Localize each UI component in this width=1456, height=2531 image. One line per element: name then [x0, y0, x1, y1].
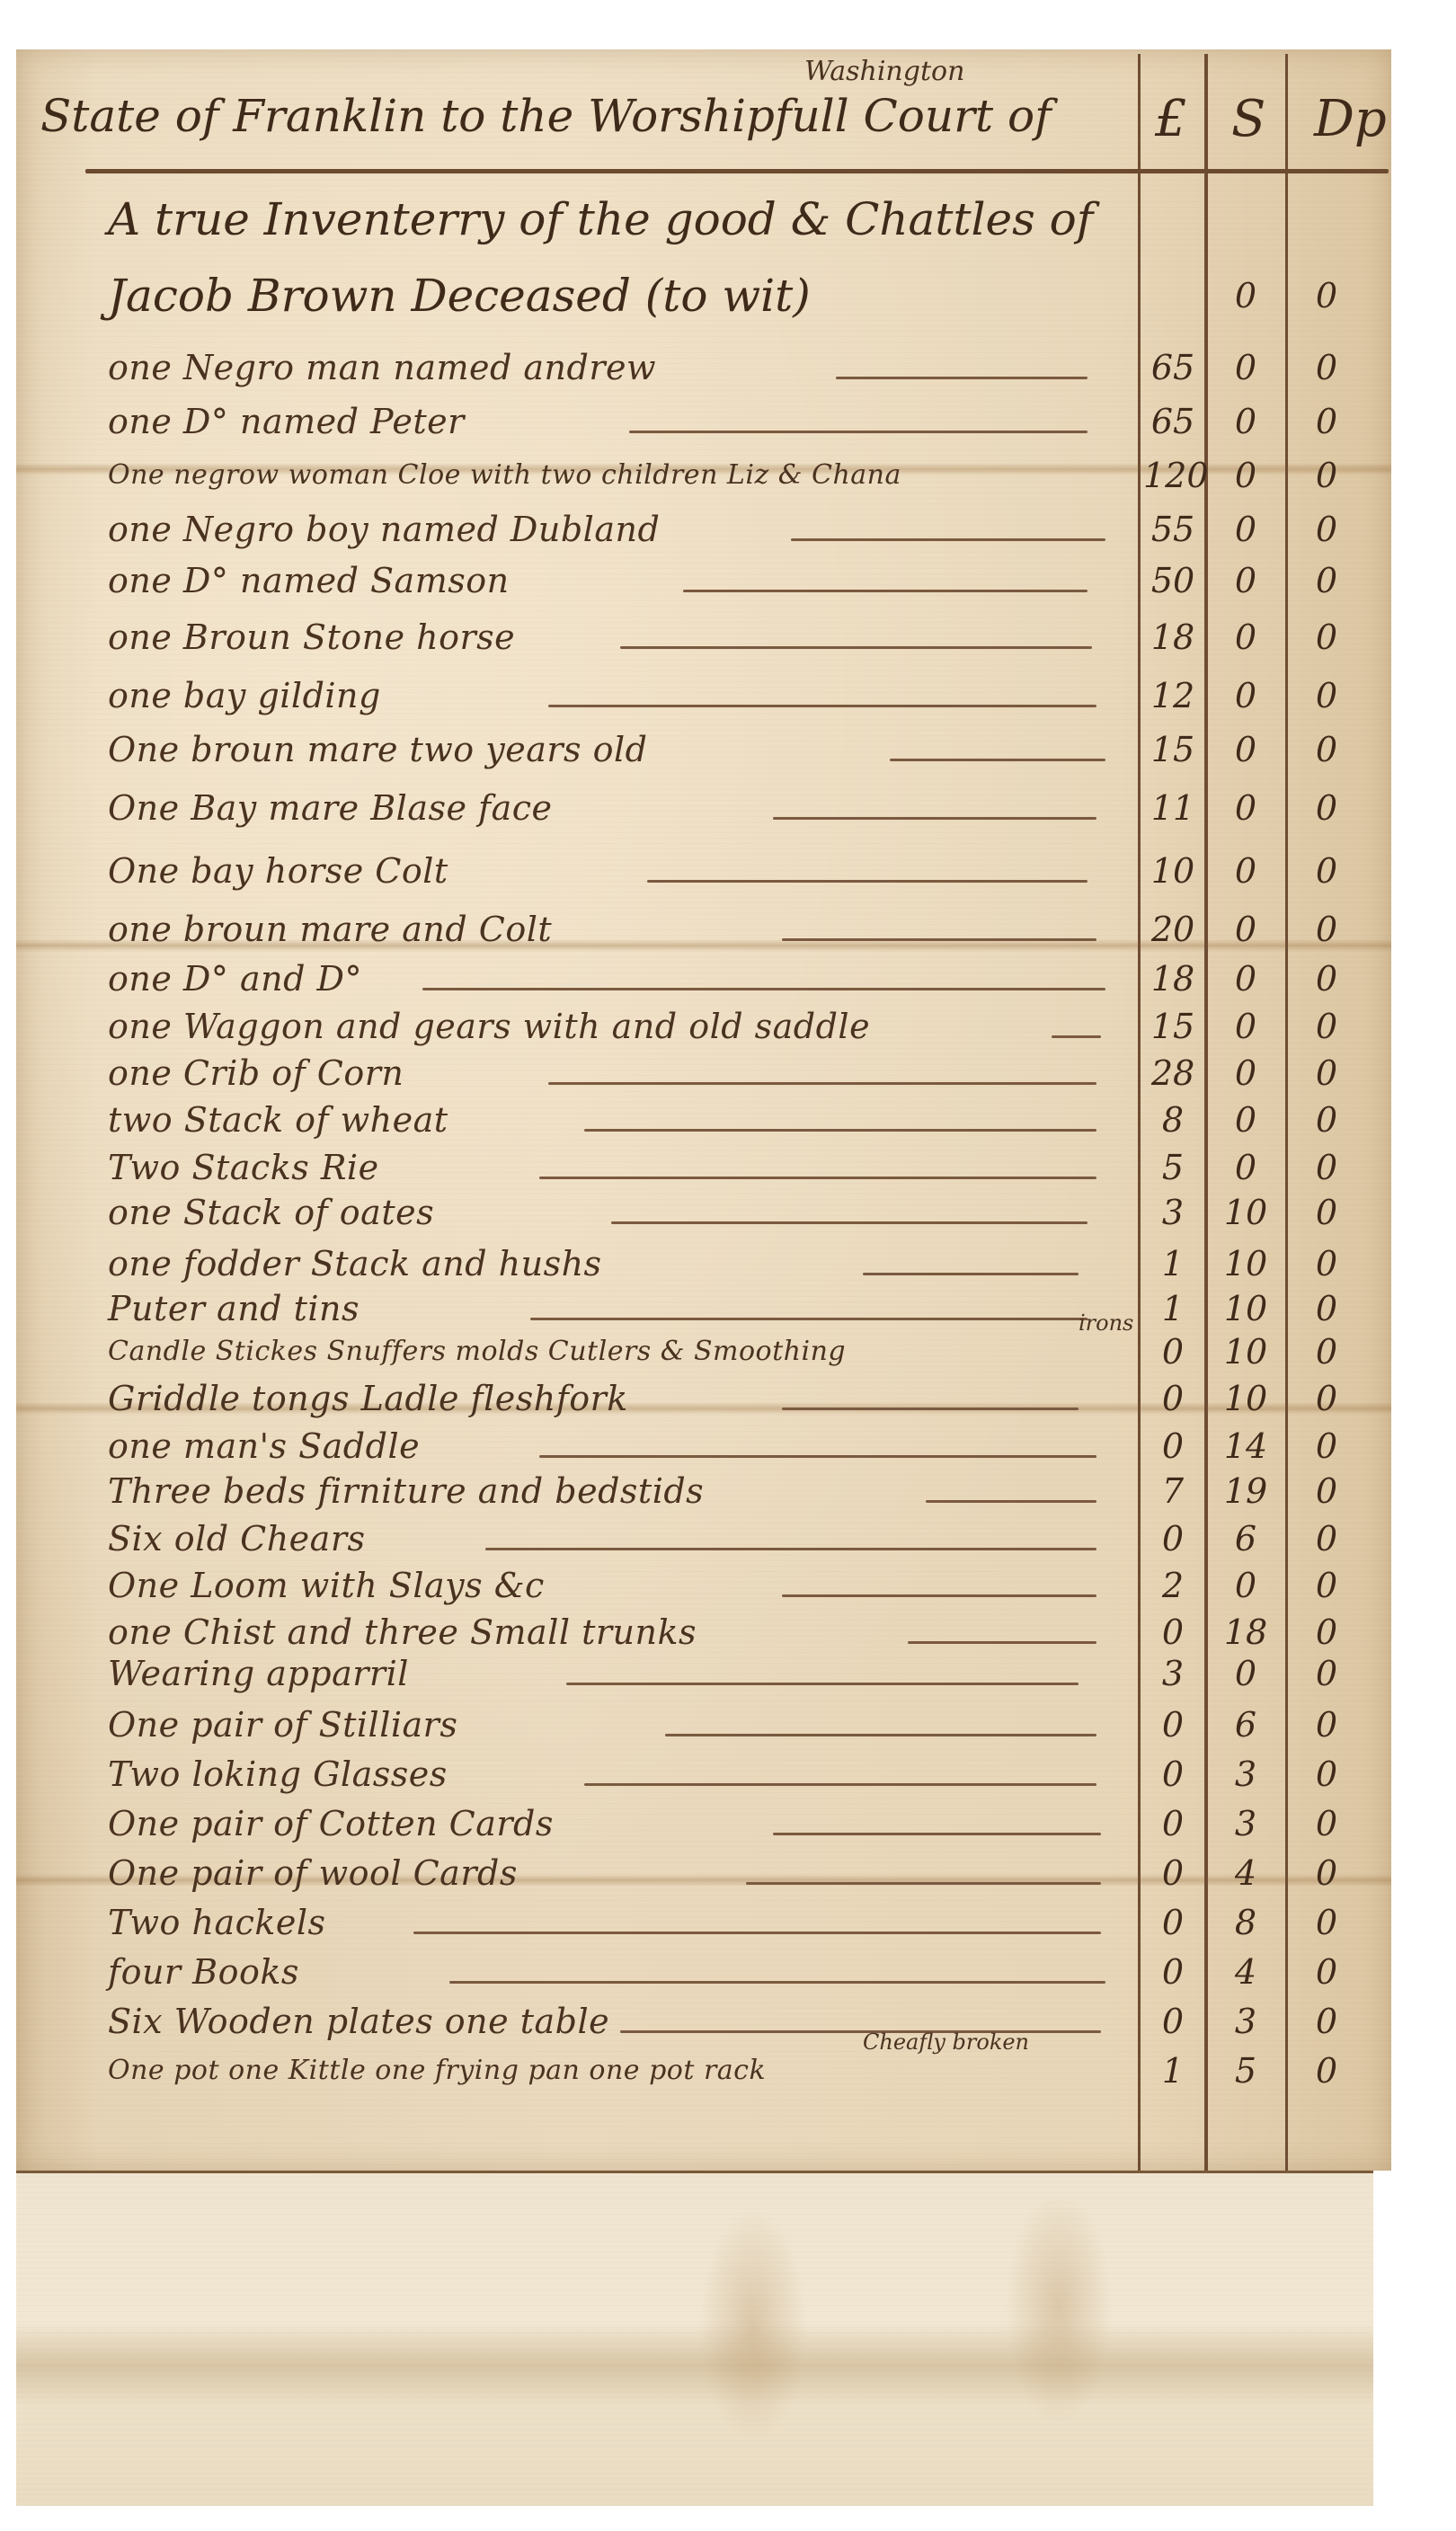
pounds-value: 0: [1143, 1517, 1203, 1560]
title-insertion: Washington: [804, 56, 964, 87]
pence-value: 0: [1291, 1470, 1363, 1513]
pence-value: 0: [1291, 908, 1363, 951]
pence-value: 0: [1291, 674, 1363, 717]
item-description: one D° and D°: [108, 957, 362, 1000]
inventory-row: Two hackels080: [0, 1901, 1456, 1944]
pence-value: 0: [1291, 1146, 1363, 1189]
inventory-row: one man's Saddle0140: [0, 1425, 1456, 1468]
item-description: one Negro boy named Dubland: [108, 508, 660, 551]
pounds-value: 0: [1143, 1852, 1203, 1895]
pence-value: 0: [1291, 1330, 1363, 1373]
shillings-value: 0: [1209, 1098, 1283, 1141]
inventory-row: Griddle tongs Ladle fleshfork0100: [0, 1377, 1456, 1420]
shillings-value: 10: [1209, 1330, 1283, 1373]
pence-value: 0: [1291, 1052, 1363, 1095]
item-description: One pair of Cotten Cards: [108, 1802, 554, 1845]
pounds-value: 3: [1143, 1652, 1203, 1695]
pence-value: 0: [1291, 1005, 1363, 1048]
pounds-value: 12: [1143, 674, 1203, 717]
filler-line: [647, 880, 1088, 883]
inventory-row: One bay horse Colt1000: [0, 849, 1456, 893]
filler-line: [584, 1129, 1096, 1132]
shillings-value: 3: [1209, 2000, 1283, 2043]
shillings-value: 6: [1209, 1703, 1283, 1746]
item-description: one D° named Samson: [108, 559, 510, 602]
item-description: Six Wooden plates one table: [108, 2000, 609, 2043]
pounds-value: 18: [1143, 957, 1203, 1000]
pence-value: 0: [1291, 559, 1363, 602]
pounds-value: 3: [1143, 1191, 1203, 1234]
inventory-row: Puter and tins1100: [0, 1287, 1456, 1330]
pence-value: 0: [1291, 1425, 1363, 1468]
item-description: One bay horse Colt: [108, 849, 448, 893]
filler-line: [836, 377, 1088, 379]
pence-value: 0: [1291, 1802, 1363, 1845]
intro-shillings: 0: [1209, 274, 1283, 317]
inventory-row: one Negro man named andrew6500: [0, 346, 1456, 389]
pence-value: 0: [1291, 957, 1363, 1000]
item-description: two Stack of wheat: [108, 1098, 448, 1141]
filler-line: [548, 705, 1096, 707]
item-description: one Negro man named andrew: [108, 346, 656, 389]
folded-bottom-flap: [16, 2171, 1373, 2506]
shillings-value: 3: [1209, 1753, 1283, 1796]
filler-line: [782, 1594, 1096, 1597]
marginal-note: irons: [1079, 1310, 1133, 1336]
document-title: State of Franklin to the Worshipfull Cou…: [40, 90, 1052, 142]
filler-line: [773, 817, 1096, 820]
shillings-value: 10: [1209, 1287, 1283, 1330]
shillings-value: 0: [1209, 559, 1283, 602]
marginal-note: Cheafly broken: [863, 2029, 1029, 2055]
shillings-header: S: [1231, 90, 1265, 148]
inventory-row: one bay gilding1200: [0, 674, 1456, 717]
shillings-value: 4: [1209, 1950, 1283, 1994]
item-description: one Crib of Corn: [108, 1052, 404, 1095]
pounds-value: 1: [1143, 1287, 1203, 1330]
filler-line: [539, 1177, 1096, 1179]
inventory-row: one Stack of oates3100: [0, 1191, 1456, 1234]
inventory-row: one Crib of Corn2800: [0, 1052, 1456, 1095]
shillings-value: 0: [1209, 786, 1283, 830]
filler-line: [782, 1408, 1079, 1410]
item-description: One broun mare two years old: [108, 728, 647, 771]
shillings-value: 10: [1209, 1191, 1283, 1234]
inventory-row: One pot one Kittle one frying pan one po…: [0, 2049, 1456, 2092]
item-description: One pot one Kittle one frying pan one po…: [108, 2049, 766, 2092]
pence-value: 0: [1291, 508, 1363, 551]
inventory-row: One pair of Stilliars060: [0, 1703, 1456, 1746]
shillings-value: 0: [1209, 908, 1283, 951]
filler-line: [863, 1273, 1079, 1275]
pounds-value: 55: [1143, 508, 1203, 551]
intro-line-2: Jacob Brown Deceased (to wit): [108, 270, 811, 322]
pounds-value: 2: [1143, 1564, 1203, 1607]
inventory-row: One pair of wool Cards040: [0, 1852, 1456, 1895]
pence-value: 0: [1291, 728, 1363, 771]
filler-line: [629, 431, 1088, 433]
pence-value: 0: [1291, 1191, 1363, 1234]
pounds-value: 7: [1143, 1470, 1203, 1513]
filler-line: [449, 1981, 1105, 1984]
pounds-header: £: [1155, 90, 1187, 148]
item-description: one man's Saddle: [108, 1425, 420, 1468]
pence-value: 0: [1291, 616, 1363, 659]
intro-pence: 0: [1291, 274, 1363, 317]
shillings-value: 10: [1209, 1377, 1283, 1420]
pounds-value: 0: [1143, 1753, 1203, 1796]
shillings-value: 0: [1209, 400, 1283, 443]
item-description: one D° named Peter: [108, 400, 465, 443]
inventory-row: Candle Stickes Snuffers molds Cutlers & …: [0, 1330, 1456, 1373]
shillings-value: 0: [1209, 957, 1283, 1000]
pounds-value: 120: [1143, 454, 1203, 497]
filler-line: [530, 1318, 1088, 1320]
filler-line: [611, 1221, 1088, 1224]
filler-line: [539, 1455, 1096, 1458]
item-description: Griddle tongs Ladle fleshfork: [108, 1377, 628, 1420]
pounds-value: 0: [1143, 1611, 1203, 1654]
inventory-row: two Stack of wheat800: [0, 1098, 1456, 1141]
filler-line: [620, 646, 1092, 649]
item-description: Two Stacks Rie: [108, 1146, 379, 1189]
item-description: Wearing apparril: [108, 1652, 409, 1695]
pounds-value: 28: [1143, 1052, 1203, 1095]
shillings-value: 4: [1209, 1852, 1283, 1895]
pounds-value: 11: [1143, 786, 1203, 830]
item-description: four Books: [108, 1950, 299, 1994]
item-description: one Waggon and gears with and old saddle: [108, 1005, 870, 1048]
pence-value: 0: [1291, 1377, 1363, 1420]
item-description: Puter and tins: [108, 1287, 360, 1330]
shillings-value: 5: [1209, 2049, 1283, 2092]
shillings-value: 0: [1209, 1005, 1283, 1048]
shillings-value: 0: [1209, 454, 1283, 497]
inventory-row: Wearing apparril300: [0, 1652, 1456, 1695]
pounds-value: 8: [1143, 1098, 1203, 1141]
item-description: Six old Chears: [108, 1517, 366, 1560]
inventory-row: one D° named Samson5000: [0, 559, 1456, 602]
filler-line: [548, 1082, 1096, 1085]
pounds-value: 0: [1143, 2000, 1203, 2043]
pounds-value: 1: [1143, 1242, 1203, 1285]
pounds-value: 0: [1143, 1802, 1203, 1845]
inventory-row: one Broun Stone horse1800: [0, 616, 1456, 659]
pence-value: 0: [1291, 1753, 1363, 1796]
inventory-row: One negrow woman Cloe with two children …: [0, 454, 1456, 497]
filler-line: [926, 1500, 1096, 1503]
pence-value: 0: [1291, 1950, 1363, 1994]
item-description: One pair of wool Cards: [108, 1852, 518, 1895]
filler-line: [791, 538, 1105, 541]
shillings-value: 10: [1209, 1242, 1283, 1285]
inventory-row: four Books040: [0, 1950, 1456, 1994]
pence-value: 0: [1291, 1287, 1363, 1330]
item-description: One Bay mare Blase face: [108, 786, 553, 830]
pence-value: 0: [1291, 454, 1363, 497]
inventory-row: Six Wooden plates one table030: [0, 2000, 1456, 2043]
pounds-value: 15: [1143, 728, 1203, 771]
inventory-row: one D° and D°1800: [0, 957, 1456, 1000]
pounds-value: 5: [1143, 1146, 1203, 1189]
shillings-value: 0: [1209, 728, 1283, 771]
pounds-value: 0: [1143, 1330, 1203, 1373]
pence-value: 0: [1291, 1242, 1363, 1285]
filler-line: [773, 1833, 1101, 1835]
item-description: One negrow woman Cloe with two children …: [108, 454, 901, 497]
item-description: One pair of Stilliars: [108, 1703, 457, 1746]
pence-value: 0: [1291, 2000, 1363, 2043]
shillings-value: 19: [1209, 1470, 1283, 1513]
inventory-row: One Bay mare Blase face1100: [0, 786, 1456, 830]
pounds-value: 1: [1143, 2049, 1203, 2092]
item-description: one Broun Stone horse: [108, 616, 515, 659]
pounds-value: 0: [1143, 1425, 1203, 1468]
inventory-row: One broun mare two years old1500: [0, 728, 1456, 771]
pence-value: 0: [1291, 1703, 1363, 1746]
pence-value: 0: [1291, 1611, 1363, 1654]
filler-line: [782, 938, 1096, 941]
filler-line: [908, 1641, 1096, 1644]
intro-line-1: A true Inventerry of the good & Chattles…: [108, 193, 1093, 245]
header-rule: [85, 169, 1389, 173]
shillings-value: 0: [1209, 1146, 1283, 1189]
pence-value: 0: [1291, 346, 1363, 389]
pence-value: 0: [1291, 1098, 1363, 1141]
pence-value: 0: [1291, 1901, 1363, 1944]
shillings-value: 0: [1209, 616, 1283, 659]
item-description: Two hackels: [108, 1901, 326, 1944]
shillings-value: 0: [1209, 1564, 1283, 1607]
pounds-value: 10: [1143, 849, 1203, 893]
shillings-value: 18: [1209, 1611, 1283, 1654]
pence-value: 0: [1291, 1852, 1363, 1895]
item-description: one bay gilding: [108, 674, 381, 717]
shillings-value: 8: [1209, 1901, 1283, 1944]
item-description: one broun mare and Colt: [108, 908, 552, 951]
pounds-value: 0: [1143, 1377, 1203, 1420]
filler-line: [485, 1548, 1096, 1550]
inventory-row: Two loking Glasses030: [0, 1753, 1456, 1796]
pounds-value: 20: [1143, 908, 1203, 951]
pence-value: 0: [1291, 849, 1363, 893]
stain: [1005, 2191, 1113, 2425]
pence-value: 0: [1291, 1652, 1363, 1695]
inventory-row: one Negro boy named Dubland5500: [0, 508, 1456, 551]
pounds-value: 0: [1143, 1950, 1203, 1994]
pounds-value: 65: [1143, 346, 1203, 389]
filler-line: [566, 1683, 1079, 1685]
pence-value: 0: [1291, 1517, 1363, 1560]
item-description: one Stack of oates: [108, 1191, 434, 1234]
item-description: one Chist and three Small trunks: [108, 1611, 697, 1654]
pounds-value: 50: [1143, 559, 1203, 602]
stain: [699, 2209, 807, 2443]
pounds-value: 0: [1143, 1901, 1203, 1944]
filler-line: [665, 1734, 1096, 1736]
filler-line: [746, 1882, 1101, 1885]
item-description: Three beds firniture and bedstids: [108, 1470, 704, 1513]
shillings-value: 0: [1209, 508, 1283, 551]
inventory-row: Two Stacks Rie500: [0, 1146, 1456, 1189]
shillings-value: 14: [1209, 1425, 1283, 1468]
inventory-row: one D° named Peter6500: [0, 400, 1456, 443]
pence-header: Dp: [1314, 90, 1387, 148]
item-description: Candle Stickes Snuffers molds Cutlers & …: [108, 1330, 846, 1373]
inventory-row: one broun mare and Colt2000: [0, 908, 1456, 951]
pounds-value: 65: [1143, 400, 1203, 443]
pence-value: 0: [1291, 400, 1363, 443]
item-description: One Loom with Slays &c: [108, 1564, 545, 1607]
pence-value: 0: [1291, 1564, 1363, 1607]
inventory-row: One Loom with Slays &c200: [0, 1564, 1456, 1607]
shillings-value: 0: [1209, 674, 1283, 717]
inventory-row: one Chist and three Small trunks0180: [0, 1611, 1456, 1654]
inventory-row: One pair of Cotten Cards030: [0, 1802, 1456, 1845]
pounds-value: 18: [1143, 616, 1203, 659]
inventory-row: one Waggon and gears with and old saddle…: [0, 1005, 1456, 1048]
inventory-row: Three beds firniture and bedstids7190: [0, 1470, 1456, 1513]
filler-line: [1052, 1035, 1101, 1038]
pence-value: 0: [1291, 2049, 1363, 2092]
pence-value: 0: [1291, 786, 1363, 830]
filler-line: [890, 759, 1105, 761]
filler-line: [683, 590, 1088, 592]
filler-line: [422, 988, 1105, 990]
filler-line: [413, 1932, 1101, 1934]
shillings-value: 0: [1209, 1652, 1283, 1695]
shillings-value: 0: [1209, 1052, 1283, 1095]
shillings-value: 0: [1209, 849, 1283, 893]
filler-line: [584, 1783, 1096, 1786]
shillings-value: 0: [1209, 346, 1283, 389]
pounds-value: 15: [1143, 1005, 1203, 1048]
shillings-value: 6: [1209, 1517, 1283, 1560]
pounds-value: 0: [1143, 1703, 1203, 1746]
item-description: Two loking Glasses: [108, 1753, 448, 1796]
inventory-row: Six old Chears060: [0, 1517, 1456, 1560]
inventory-row: one fodder Stack and hushs1100: [0, 1242, 1456, 1285]
shillings-value: 3: [1209, 1802, 1283, 1845]
item-description: one fodder Stack and hushs: [108, 1242, 602, 1285]
